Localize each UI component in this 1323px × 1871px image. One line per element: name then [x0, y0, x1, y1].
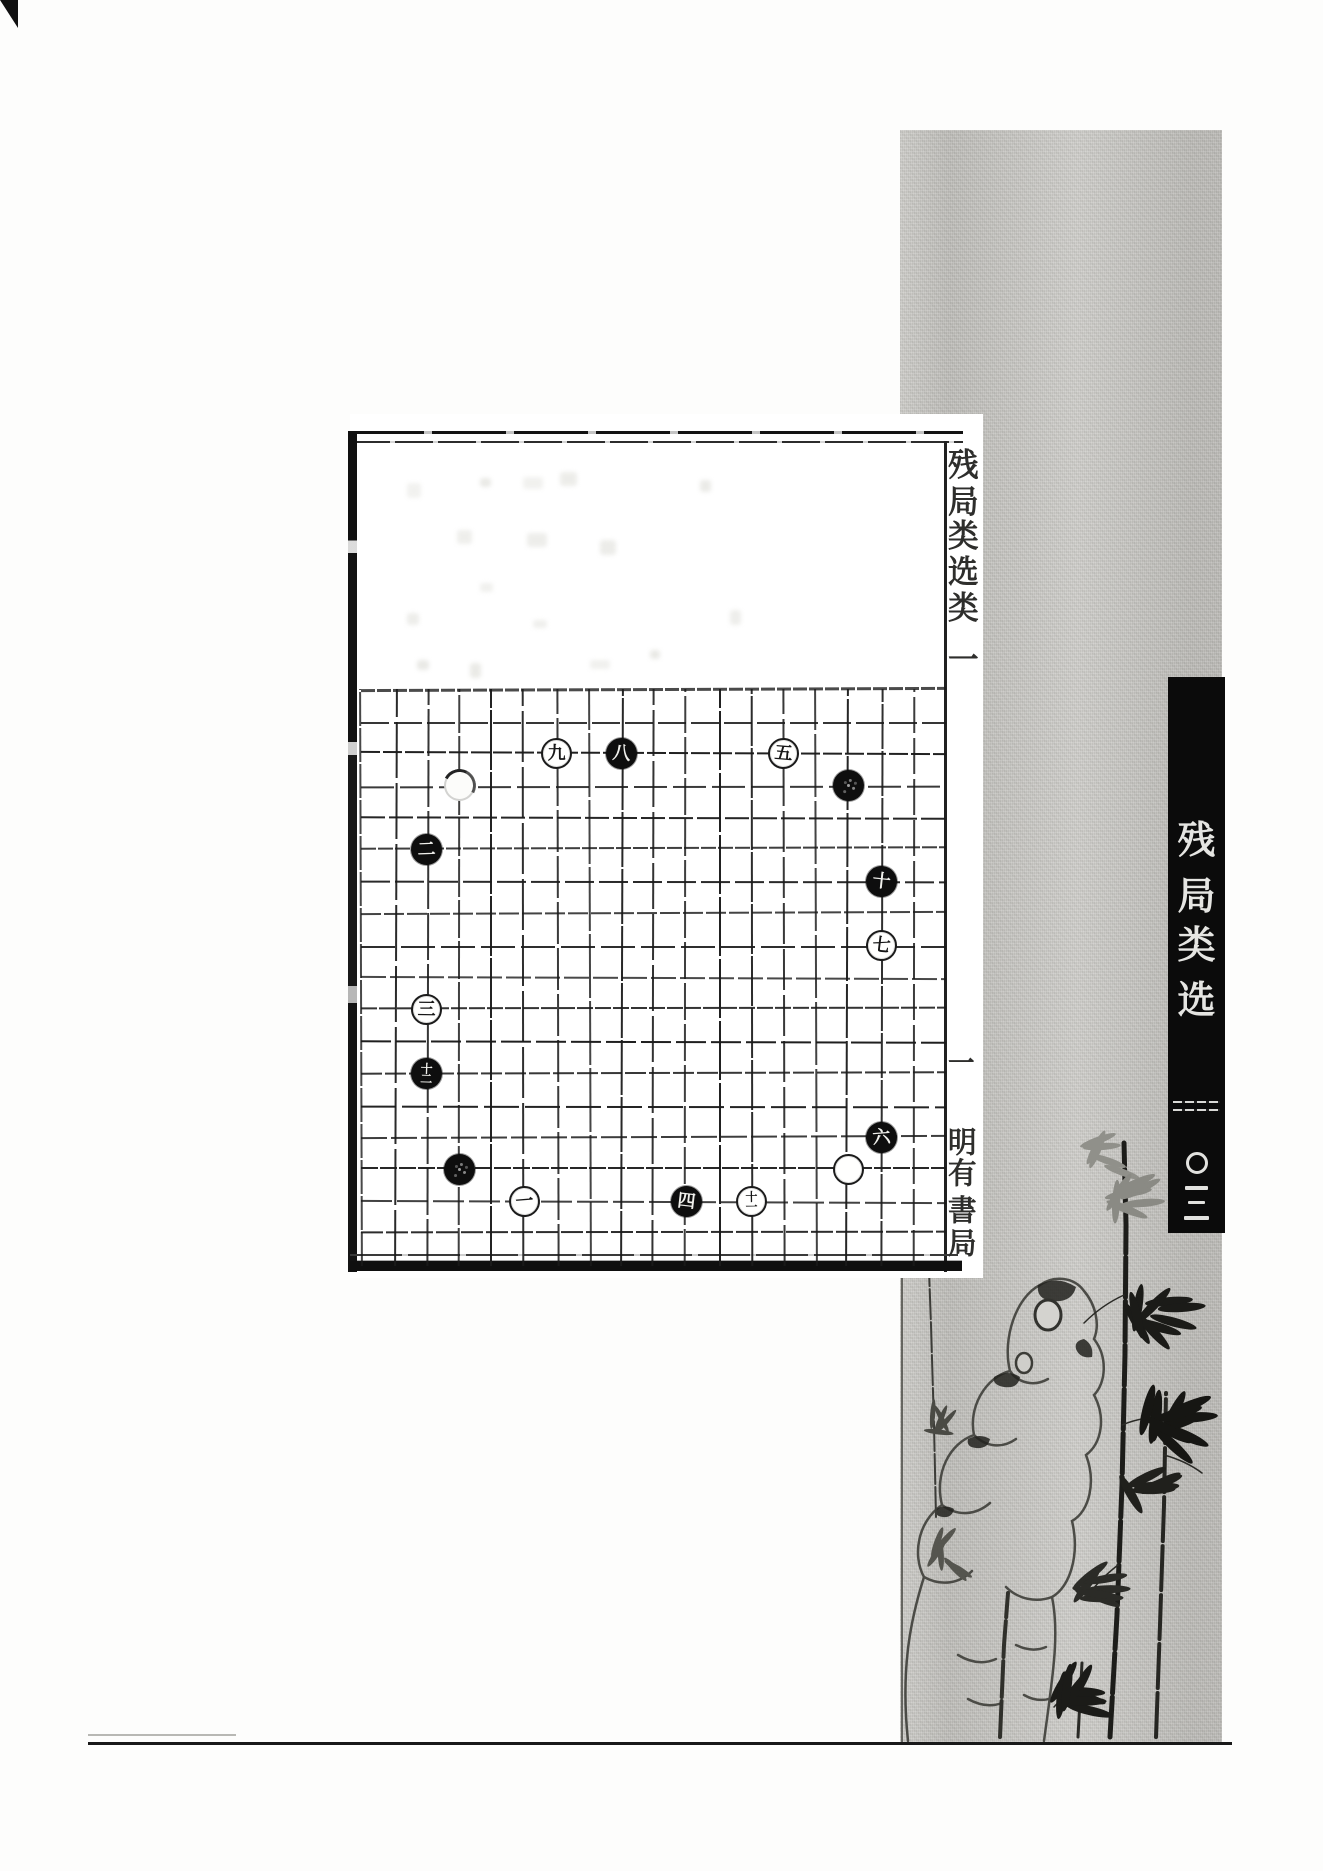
spine-title-char: 局 — [1168, 877, 1225, 915]
go-stone: 十一 — [736, 1185, 767, 1216]
margin-char: 明 — [948, 1128, 977, 1158]
ghost-smudge — [407, 483, 421, 498]
page-number-glyph — [1188, 1201, 1205, 1204]
grid-line-v — [490, 689, 492, 1266]
stone-number-label: 十二 — [421, 1063, 434, 1083]
page-number-glyph — [1186, 1152, 1208, 1174]
margin-side-mark: 一 — [948, 1044, 983, 1084]
frame-left-border — [348, 431, 357, 1272]
margin-header-title: 残局类选类一 — [948, 448, 983, 680]
go-stone — [444, 1153, 475, 1184]
margin-char: 一 — [948, 1050, 975, 1078]
ghost-smudge — [600, 540, 616, 555]
page-number-glyph — [1185, 1186, 1208, 1190]
frame-right-border — [944, 441, 947, 1272]
stone-number-label: 四 — [676, 1191, 696, 1211]
frame-top-inner-line — [352, 441, 963, 443]
spine-rule-top — [1173, 1101, 1220, 1103]
stone-number-label: 一 — [514, 1191, 533, 1210]
margin-char: 有 — [948, 1159, 977, 1189]
ghost-smudge — [417, 660, 429, 670]
ghost-smudge — [523, 477, 543, 489]
ghost-smudge — [700, 480, 711, 492]
stone-number-label: 五 — [774, 744, 793, 763]
bottom-rule-fragment — [88, 1734, 236, 1736]
margin-char: 选 — [948, 557, 979, 589]
ghost-smudge — [480, 478, 491, 487]
margin-char: 类 — [948, 521, 979, 553]
bamboo-leaf — [929, 1399, 937, 1429]
ghost-smudge — [560, 472, 577, 486]
margin-char: 残 — [948, 450, 979, 482]
stone-number-label: 六 — [871, 1128, 890, 1147]
go-stone — [444, 770, 475, 801]
spine-title-char: 残 — [1168, 821, 1225, 859]
bamboo-leaf — [942, 1556, 969, 1583]
bottom-rule — [88, 1742, 1232, 1745]
margin-char: 局 — [948, 1229, 977, 1259]
margin-char: 一 — [948, 645, 979, 677]
margin-char: 局 — [948, 487, 979, 519]
ghost-smudge — [590, 660, 610, 669]
stone-number-label: 十一 — [745, 1191, 757, 1211]
ghost-smudge — [457, 530, 472, 544]
ghost-smudge — [730, 610, 741, 625]
stone-number-label: 九 — [547, 745, 565, 763]
ghost-smudge — [407, 613, 419, 625]
ghost-smudge — [470, 663, 481, 678]
frame-top-line — [350, 431, 963, 434]
frame-bottom-border — [350, 1261, 962, 1271]
stone-number-label: 二 — [418, 840, 437, 859]
spine-title-char: 选 — [1168, 981, 1225, 1019]
scanned-page: 一二三四五六七八九十十一十二 残局类选类一 一 明有書局 残局类选 — [0, 0, 1323, 1871]
stone-number-label: 七 — [871, 935, 891, 955]
grid-line-v — [719, 689, 721, 1266]
stone-number-label: 十 — [871, 872, 891, 892]
margin-char: 类 — [948, 593, 979, 625]
stone-number-label: 八 — [612, 744, 631, 763]
frame-ink-wedge — [0, 0, 18, 28]
ghost-smudge — [527, 533, 547, 547]
stone-number-label: 三 — [418, 1000, 436, 1018]
spine-title-box: 残局类选 — [1168, 677, 1225, 1233]
spine-title-char: 类 — [1168, 926, 1225, 964]
publisher-colophon: 明有書局 — [948, 1126, 983, 1276]
spine-rule-bottom — [1173, 1109, 1220, 1111]
ghost-smudge — [533, 620, 547, 628]
frame-bottom-thin-line — [350, 1254, 958, 1256]
margin-char: 書 — [948, 1196, 977, 1226]
page-number-glyph — [1184, 1216, 1209, 1220]
ghost-smudge — [480, 583, 493, 592]
ghost-smudge — [650, 650, 660, 659]
